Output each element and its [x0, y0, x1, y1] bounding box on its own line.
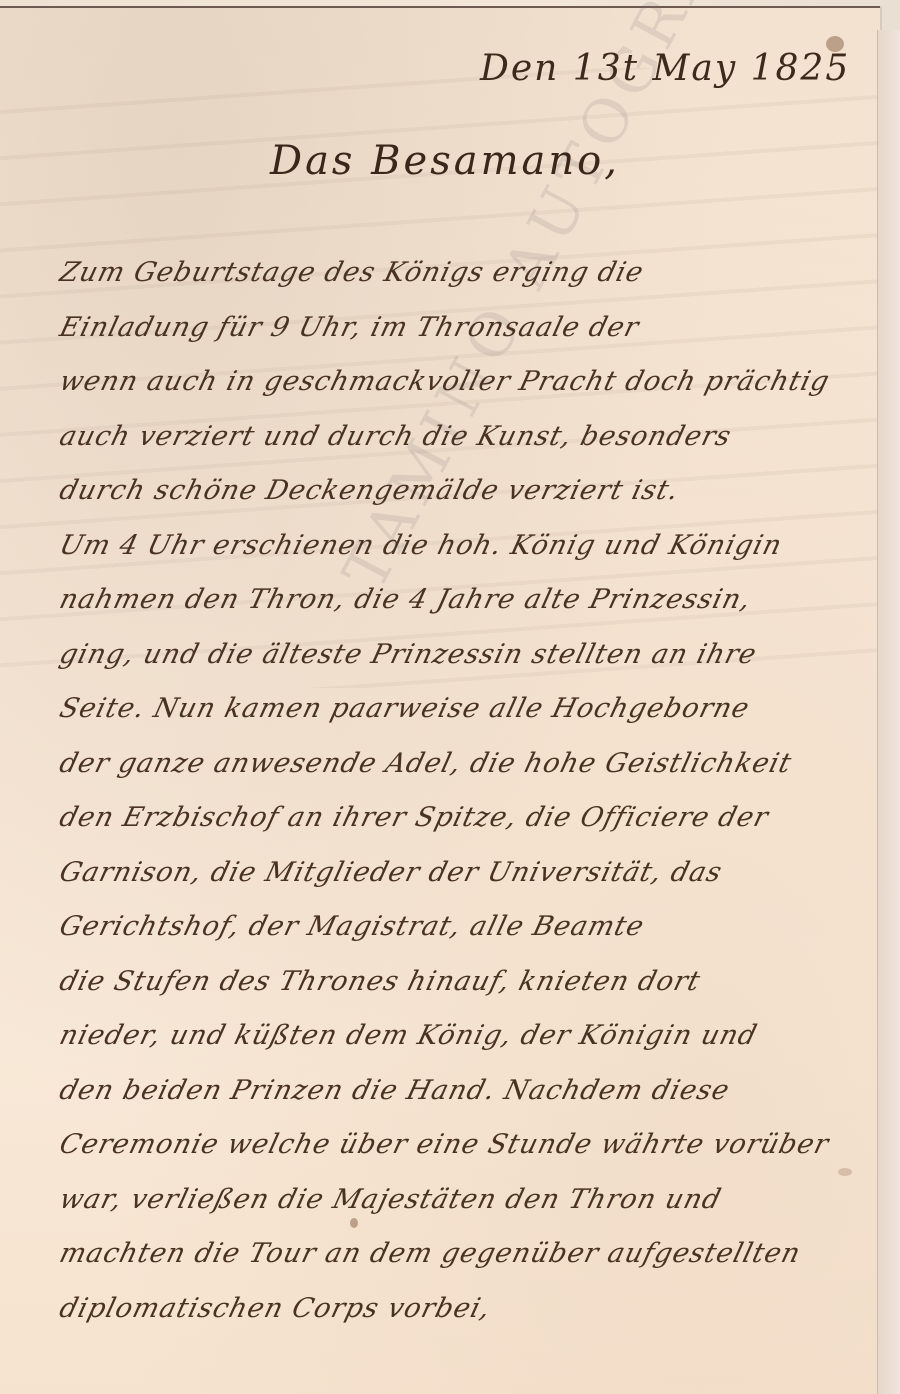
body-line: nieder, und küßten dem König, der Königi…: [53, 1009, 837, 1064]
body-line: Ceremonie welche über eine Stunde währte…: [53, 1118, 837, 1173]
page-edge: [877, 30, 900, 1394]
body-line: Einladung für 9 Uhr, im Thronsaale der: [53, 301, 837, 356]
body-line: die Stufen des Thrones hinauf, knieten d…: [53, 955, 837, 1010]
date-line: Den 13t May 1825: [480, 48, 850, 89]
ink-blot: [350, 1218, 358, 1228]
letter-page: TAMINO AUTOGRAPHS Den 13t May 1825 Das B…: [0, 6, 880, 1394]
body-line: Seite. Nun kamen paarweise alle Hochgebo…: [53, 682, 837, 737]
body-line: Garnison, die Mitglieder der Universität…: [53, 846, 837, 901]
body-line: nahmen den Thron, die 4 Jahre alte Prinz…: [53, 573, 837, 628]
body-line: wenn auch in geschmackvoller Pracht doch…: [53, 355, 837, 410]
body-line: Um 4 Uhr erschienen die hoh. König und K…: [53, 519, 837, 574]
body-line: diplomatischen Corps vorbei,: [53, 1282, 837, 1337]
body-line: durch schöne Deckengemälde verziert ist.: [53, 464, 837, 519]
body-line: den Erzbischof an ihrer Spitze, die Offi…: [53, 791, 837, 846]
body-line: der ganze anwesende Adel, die hohe Geist…: [53, 737, 837, 792]
ink-blot: [838, 1168, 852, 1176]
body-line: ging, und die älteste Prinzessin stellte…: [53, 628, 837, 683]
letter-body: Zum Geburtstage des Königs erging die Ei…: [60, 246, 830, 1336]
salutation: Das Besamano,: [270, 138, 620, 184]
body-line: auch verziert und durch die Kunst, beson…: [53, 410, 837, 465]
body-line: den beiden Prinzen die Hand. Nachdem die…: [53, 1064, 837, 1119]
body-line: war, verließen die Majestäten den Thron …: [53, 1173, 837, 1228]
body-line: Gerichtshof, der Magistrat, alle Beamte: [53, 900, 837, 955]
body-line: Zum Geburtstage des Königs erging die: [53, 246, 837, 301]
ink-blot: [826, 36, 844, 52]
body-line: machten die Tour an dem gegenüber aufges…: [53, 1227, 837, 1282]
